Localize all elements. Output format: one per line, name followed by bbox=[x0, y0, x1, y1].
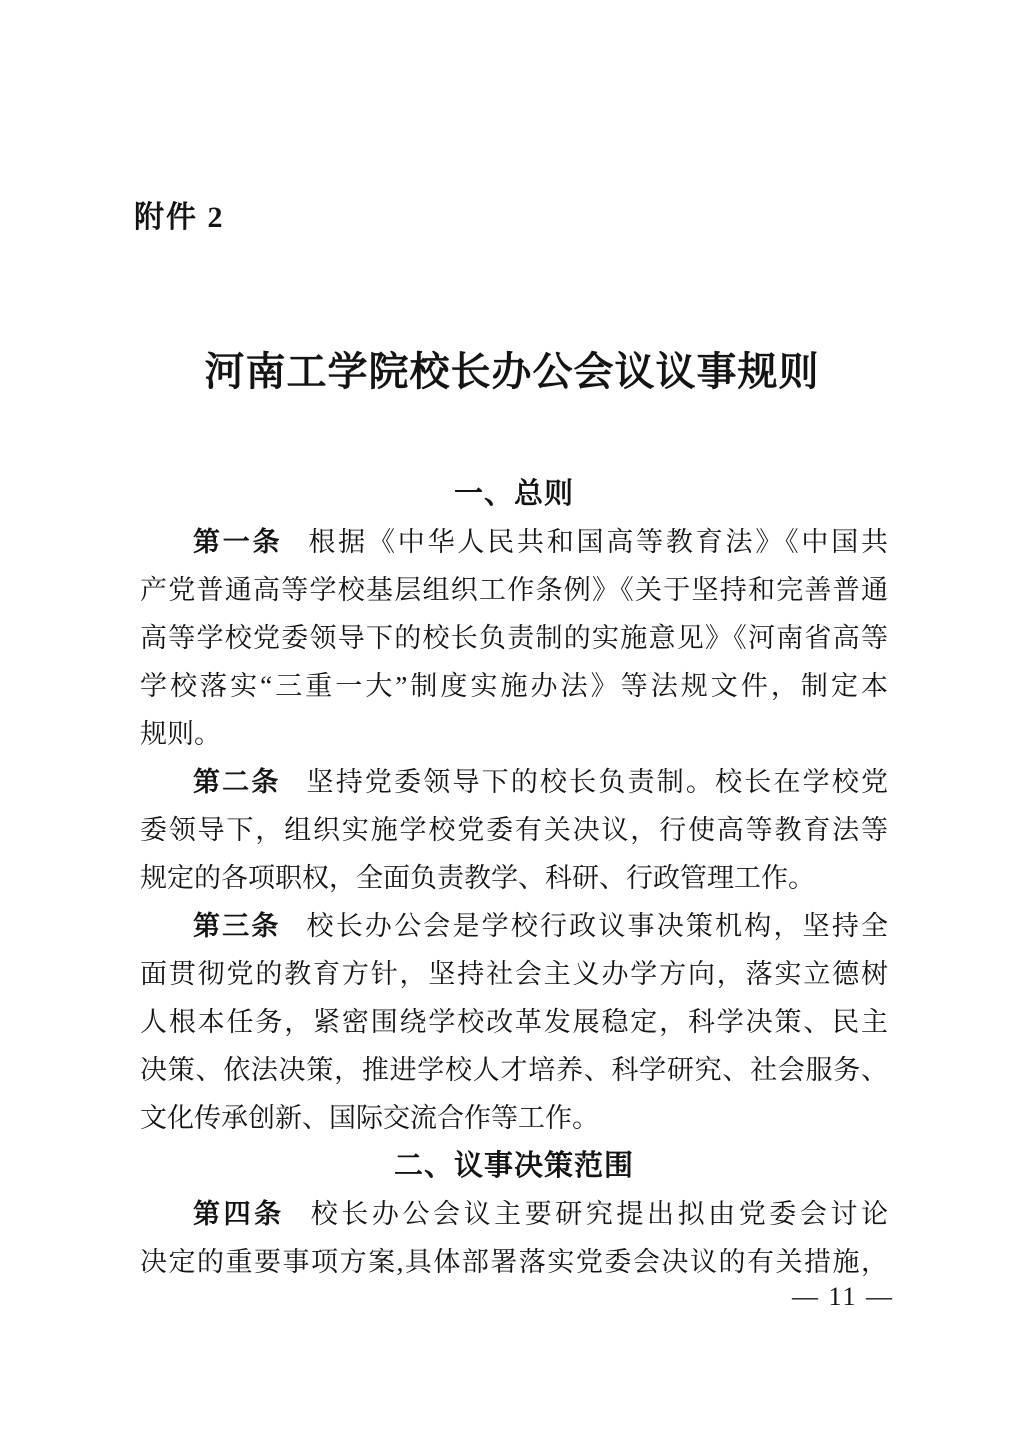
document-body: 一、总则第一条根据《中华人民共和国高等教育法》《中国共产党普通高等学校基层组织工… bbox=[140, 470, 888, 1286]
page-title: 河南工学院校长办公会议议事规则 bbox=[117, 340, 907, 397]
article-number: 第一条 bbox=[193, 527, 282, 557]
paragraph-first-line: 第三条校长办公会是学校行政议事决策机构，坚持全 bbox=[140, 902, 888, 950]
section-heading: 二、议事决策范围 bbox=[140, 1142, 888, 1190]
paragraph-line: 决定的重要事项方案,具体部署落实党委会决议的有关措施， bbox=[140, 1238, 888, 1286]
article-number: 第二条 bbox=[193, 767, 281, 797]
paragraph-line: 高等学校党委领导下的校长负责制的实施意见》《河南省高等 bbox=[140, 614, 888, 662]
paragraph-first-line: 第四条校长办公会议主要研究提出拟由党委会讨论 bbox=[140, 1190, 888, 1238]
paragraph-line: 人根本任务，紧密围绕学校改革发展稳定，科学决策、民主 bbox=[140, 998, 888, 1046]
page-number: — 11 — bbox=[0, 1282, 894, 1312]
paragraph-line: 决策、依法决策，推进学校人才培养、科学研究、社会服务、 bbox=[140, 1046, 888, 1094]
section-heading: 一、总则 bbox=[140, 470, 888, 518]
paragraph-first-line: 第二条坚持党委领导下的校长负责制。校长在学校党 bbox=[140, 758, 888, 806]
paragraph-line: 规定的各项职权，全面负责教学、科研、行政管理工作。 bbox=[140, 854, 888, 902]
article-number: 第四条 bbox=[193, 1199, 285, 1229]
paragraph-first-line: 第一条根据《中华人民共和国高等教育法》《中国共 bbox=[140, 518, 888, 566]
paragraph-line: 文化传承创新、国际交流合作等工作。 bbox=[140, 1094, 888, 1142]
paragraph-line: 产党普通高等学校基层组织工作条例》《关于坚持和完善普通 bbox=[140, 566, 888, 614]
document-page: 附件 2 河南工学院校长办公会议议事规则 一、总则第一条根据《中华人民共和国高等… bbox=[0, 0, 1024, 1448]
paragraph-line: 面贯彻党的教育方针，坚持社会主义办学方向，落实立德树 bbox=[140, 950, 888, 998]
paragraph-line: 委领导下，组织实施学校党委有关决议，行使高等教育法等 bbox=[140, 806, 888, 854]
attachment-label: 附件 2 bbox=[134, 192, 225, 236]
article-number: 第三条 bbox=[193, 911, 281, 941]
paragraph-line: 学校落实“三重一大”制度实施办法》等法规文件，制定本 bbox=[140, 662, 888, 710]
paragraph-line: 规则。 bbox=[140, 710, 888, 758]
